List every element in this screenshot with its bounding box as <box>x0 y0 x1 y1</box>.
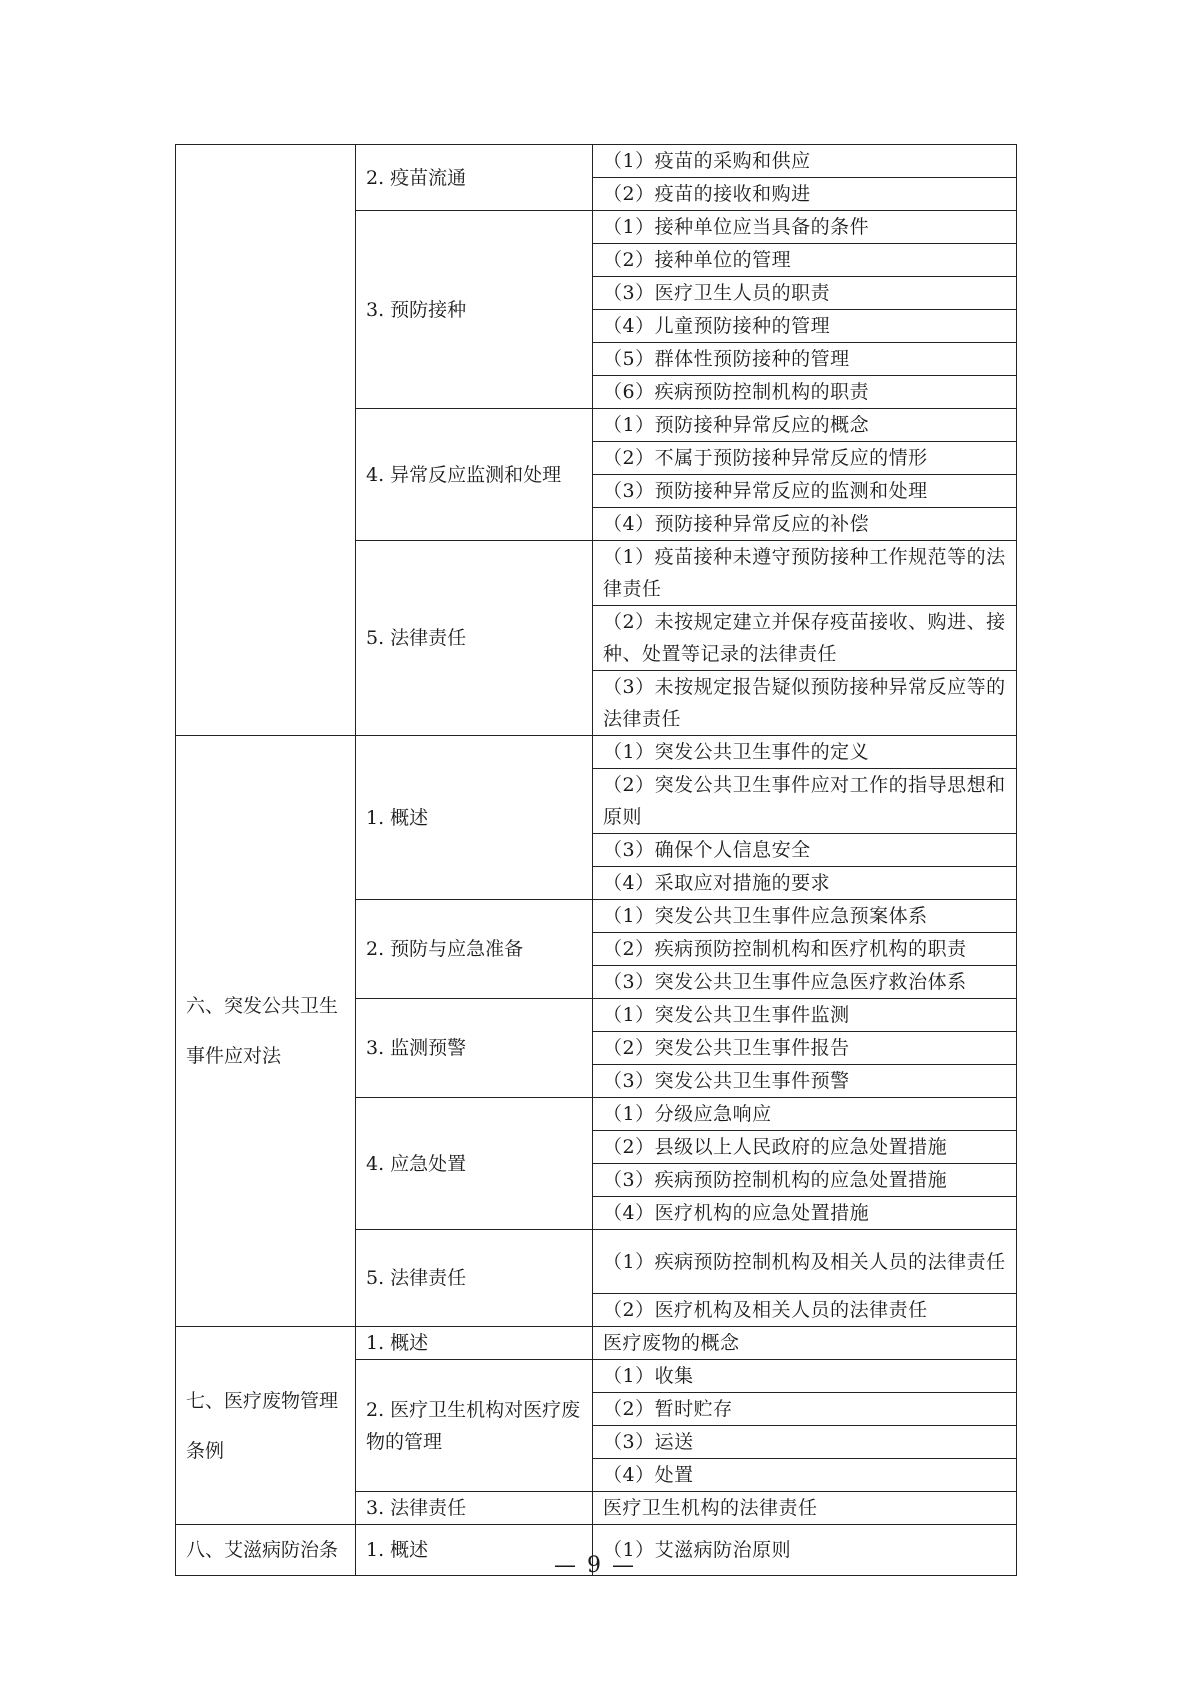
subsection-title-cell: 3. 法律责任 <box>356 1492 593 1525</box>
topic-item-cell: （4）儿童预防接种的管理 <box>593 310 1017 343</box>
topic-item-cell: （4）预防接种异常反应的补偿 <box>593 508 1017 541</box>
topic-item-cell: （4）采取应对措施的要求 <box>593 867 1017 900</box>
topic-item-cell: （2）不属于预防接种异常反应的情形 <box>593 442 1017 475</box>
topic-item-cell: （4）处置 <box>593 1459 1017 1492</box>
topic-item-cell: （2）医疗机构及相关人员的法律责任 <box>593 1294 1017 1327</box>
topic-item-cell: （5）群体性预防接种的管理 <box>593 343 1017 376</box>
subsection-title-cell: 2. 预防与应急准备 <box>356 900 593 999</box>
topic-item-cell: （3）预防接种异常反应的监测和处理 <box>593 475 1017 508</box>
topic-item-cell: （2）未按规定建立并保存疫苗接收、购进、接种、处置等记录的法律责任 <box>593 606 1017 671</box>
topic-item-cell: （1）疫苗接种未遵守预防接种工作规范等的法律责任 <box>593 541 1017 606</box>
topic-item-cell: （3）医疗卫生人员的职责 <box>593 277 1017 310</box>
subsection-title-cell: 4. 异常反应监测和处理 <box>356 409 593 541</box>
subsection-title-cell: 1. 概述 <box>356 736 593 900</box>
section-title-cell: 六、突发公共卫生事件应对法 <box>176 736 356 1327</box>
topic-item-cell: （3）未按规定报告疑似预防接种异常反应等的法律责任 <box>593 671 1017 736</box>
topic-item-cell: （1）疾病预防控制机构及相关人员的法律责任 <box>593 1230 1017 1294</box>
topic-item-cell: （2）突发公共卫生事件应对工作的指导思想和原则 <box>593 769 1017 834</box>
syllabus-table-body: 2. 疫苗流通（1）疫苗的采购和供应（2）疫苗的接收和购进3. 预防接种（1）接… <box>176 145 1017 1576</box>
table-row: 六、突发公共卫生事件应对法1. 概述（1）突发公共卫生事件的定义 <box>176 736 1017 769</box>
subsection-title-cell: 5. 法律责任 <box>356 1230 593 1327</box>
topic-item-cell: （1）接种单位应当具备的条件 <box>593 211 1017 244</box>
topic-item-cell: （1）疫苗的采购和供应 <box>593 145 1017 178</box>
section-title-cell: 七、医疗废物管理条例 <box>176 1327 356 1525</box>
topic-item-cell: （2）突发公共卫生事件报告 <box>593 1032 1017 1065</box>
subsection-title-cell: 3. 监测预警 <box>356 999 593 1098</box>
section-title-cell <box>176 145 356 736</box>
topic-item-cell: （1）突发公共卫生事件应急预案体系 <box>593 900 1017 933</box>
topic-item-cell: （4）医疗机构的应急处置措施 <box>593 1197 1017 1230</box>
topic-item-cell: （3）突发公共卫生事件应急医疗救治体系 <box>593 966 1017 999</box>
topic-item-cell: （2）暂时贮存 <box>593 1393 1017 1426</box>
topic-item-cell: （1）预防接种异常反应的概念 <box>593 409 1017 442</box>
topic-item-cell: （1）收集 <box>593 1360 1017 1393</box>
table-row: 七、医疗废物管理条例1. 概述医疗废物的概念 <box>176 1327 1017 1360</box>
page-number: — 9 — <box>0 1553 1190 1578</box>
topic-item-cell: （2）疾病预防控制机构和医疗机构的职责 <box>593 933 1017 966</box>
subsection-title-cell: 1. 概述 <box>356 1327 593 1360</box>
subsection-title-cell: 3. 预防接种 <box>356 211 593 409</box>
topic-item-cell: 医疗废物的概念 <box>593 1327 1017 1360</box>
topic-item-cell: （2）疫苗的接收和购进 <box>593 178 1017 211</box>
topic-item-cell: （3）疾病预防控制机构的应急处置措施 <box>593 1164 1017 1197</box>
topic-item-cell: （3）运送 <box>593 1426 1017 1459</box>
topic-item-cell: （3）确保个人信息安全 <box>593 834 1017 867</box>
topic-item-cell: （1）突发公共卫生事件监测 <box>593 999 1017 1032</box>
topic-item-cell: （2）县级以上人民政府的应急处置措施 <box>593 1131 1017 1164</box>
syllabus-table: 2. 疫苗流通（1）疫苗的采购和供应（2）疫苗的接收和购进3. 预防接种（1）接… <box>175 144 1017 1576</box>
topic-item-cell: 医疗卫生机构的法律责任 <box>593 1492 1017 1525</box>
topic-item-cell: （6）疾病预防控制机构的职责 <box>593 376 1017 409</box>
topic-item-cell: （3）突发公共卫生事件预警 <box>593 1065 1017 1098</box>
subsection-title-cell: 2. 医疗卫生机构对医疗废物的管理 <box>356 1360 593 1492</box>
topic-item-cell: （2）接种单位的管理 <box>593 244 1017 277</box>
subsection-title-cell: 5. 法律责任 <box>356 541 593 736</box>
subsection-title-cell: 4. 应急处置 <box>356 1098 593 1230</box>
topic-item-cell: （1）分级应急响应 <box>593 1098 1017 1131</box>
subsection-title-cell: 2. 疫苗流通 <box>356 145 593 211</box>
table-row: 2. 疫苗流通（1）疫苗的采购和供应 <box>176 145 1017 178</box>
topic-item-cell: （1）突发公共卫生事件的定义 <box>593 736 1017 769</box>
